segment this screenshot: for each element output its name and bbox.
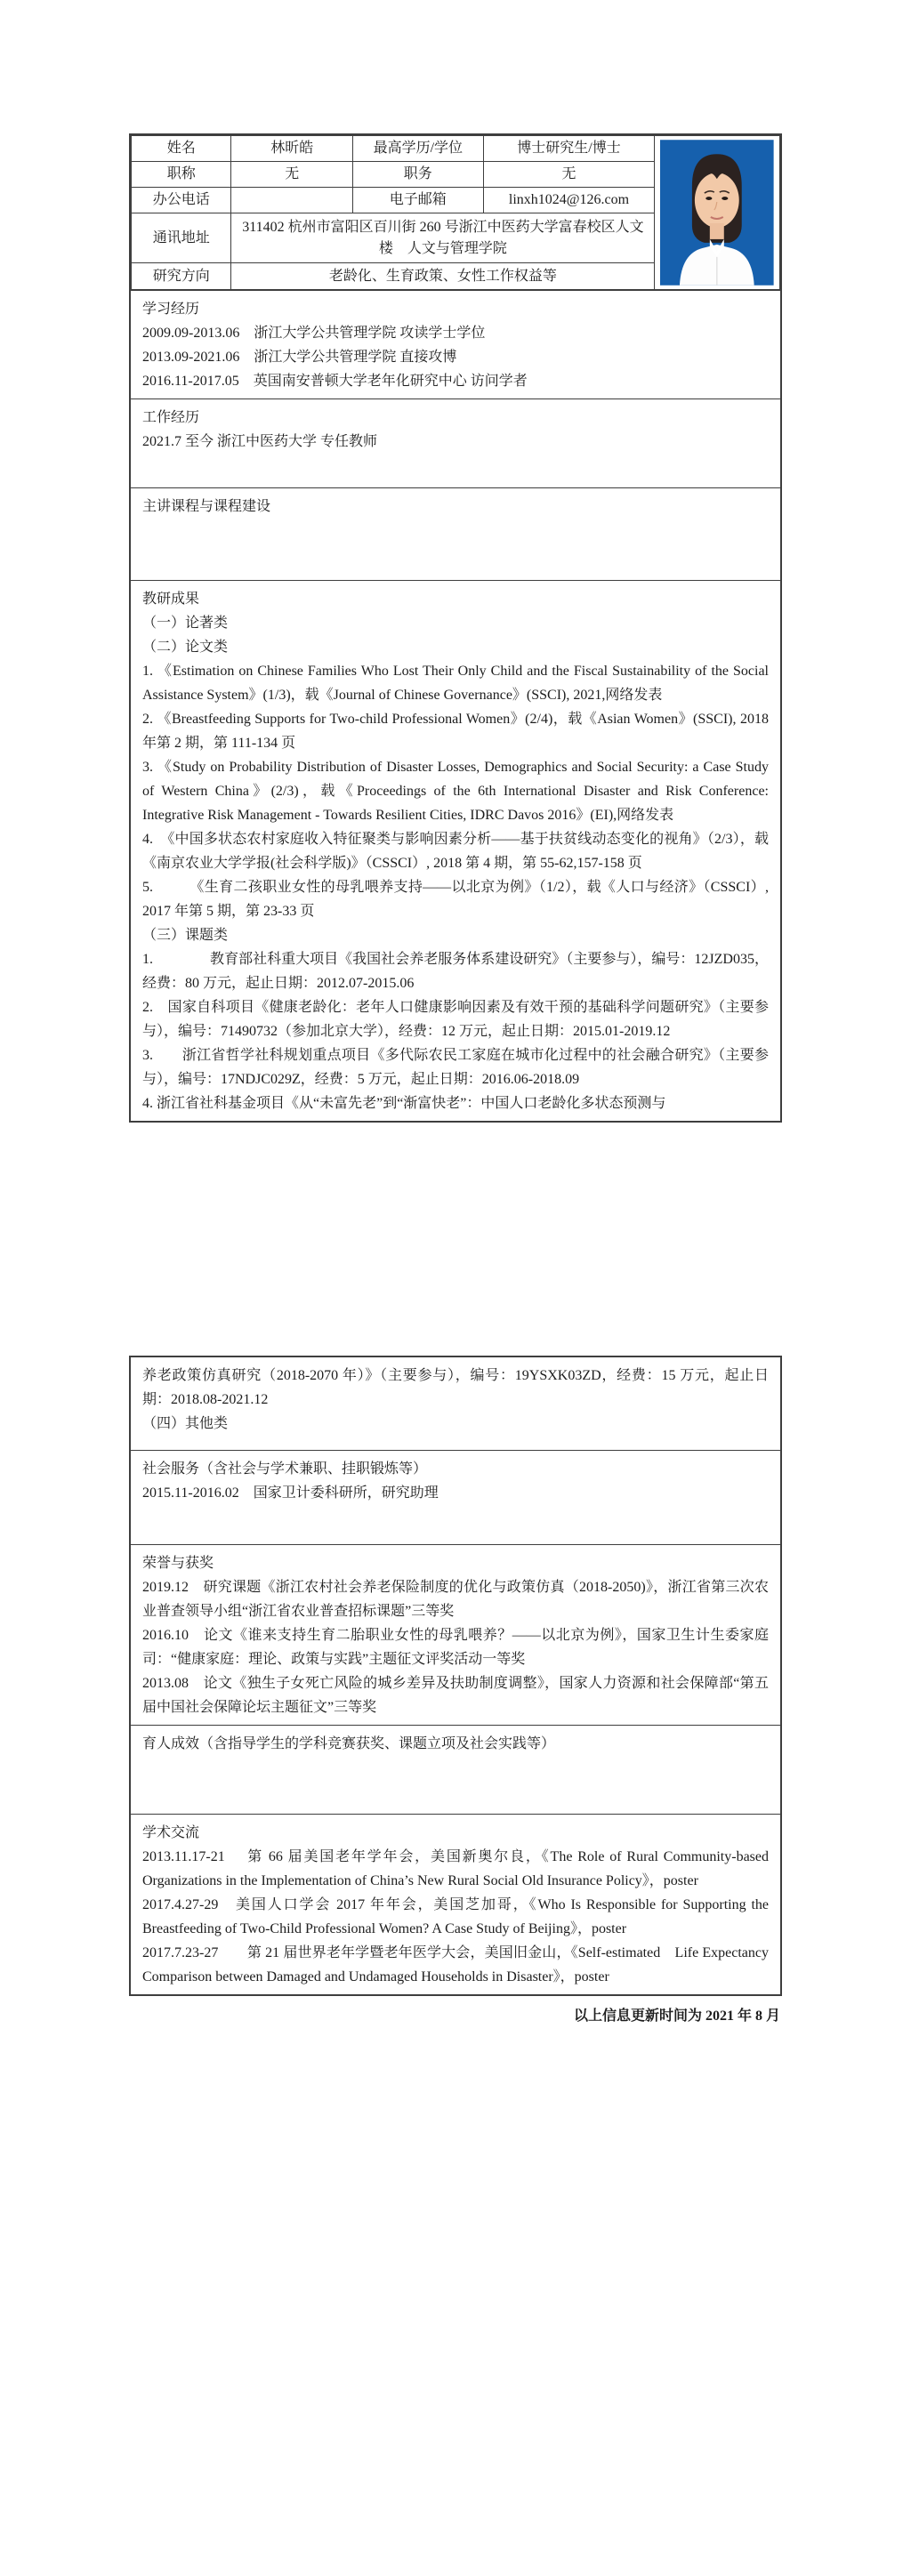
text-line: 3. 浙江省哲学社科规划重点项目《多代际农民工家庭在城市化过程中的社会融合研究》…: [142, 1043, 769, 1091]
section-social-service: 社会服务（含社会与学术兼职、挂职锻炼等） 2015.11-2016.02 国家卫…: [131, 1450, 780, 1544]
name-label: 姓名: [132, 136, 231, 162]
text-line: 2017.7.23-27 第 21 届世界老年学暨老年医学大会，美国旧金山，《S…: [142, 1941, 769, 1989]
text-line: （三）课题类: [142, 923, 769, 947]
research-direction-label: 研究方向: [132, 263, 231, 290]
section-education-title: 学习经历: [142, 297, 769, 321]
text-line: 养老政策仿真研究（2018-2070 年）》（主要参与），编号：19YSXK03…: [142, 1364, 769, 1412]
text-line: 3. 《Study on Probability Distribution of…: [142, 755, 769, 827]
title-label: 职称: [132, 162, 231, 188]
section-courses: 主讲课程与课程建设: [131, 487, 780, 580]
text-line: 2016.11-2017.05 英国南安普顿大学老年化研究中心 访问学者: [142, 369, 769, 393]
degree-label: 最高学历/学位: [353, 136, 484, 162]
page-1-table: 姓名 林昕皓 最高学历/学位 博士研究生/博士: [129, 133, 782, 1123]
section-achievements-title: 教研成果: [142, 587, 769, 611]
text-line: 2. 国家自科项目《健康老龄化：老年人口健康影响因素及有效干预的基础科学问题研究…: [142, 995, 769, 1043]
cv-document: 姓名 林昕皓 最高学历/学位 博士研究生/博士: [129, 0, 782, 2025]
text-line: 2021.7 至今 浙江中医药大学 专任教师: [142, 430, 769, 454]
address-label: 通讯地址: [132, 213, 231, 263]
office-phone-value: [231, 188, 353, 213]
section-social-title: 社会服务（含社会与学术兼职、挂职锻炼等）: [142, 1457, 769, 1481]
text-line: 2. 《Breastfeeding Supports for Two-child…: [142, 707, 769, 755]
page-2-table: 养老政策仿真研究（2018-2070 年）》（主要参与），编号：19YSXK03…: [129, 1356, 782, 1996]
text-line: 1. 教育部社科重大项目《我国社会养老服务体系建设研究》（主要参与），编号：12…: [142, 947, 769, 995]
section-academic-exchange: 学术交流 2013.11.17-21 第 66 届美国老年学年会，美国新奥尔良，…: [131, 1814, 780, 1994]
section-honors-title: 荣誉与获奖: [142, 1551, 769, 1575]
research-direction-value: 老龄化、生育政策、女性工作权益等: [231, 263, 655, 290]
text-line: （四）其他类: [142, 1412, 769, 1436]
text-line: 5. 《生育二孩职业女性的母乳喂养支持——以北京为例》（1/2），载《人口与经济…: [142, 875, 769, 923]
profile-info-table: 姓名 林昕皓 最高学历/学位 博士研究生/博士: [131, 135, 780, 290]
text-line: 1. 《Estimation on Chinese Families Who L…: [142, 659, 769, 707]
text-line: 2015.11-2016.02 国家卫计委科研所，研究助理: [142, 1481, 769, 1505]
text-line: 4. 浙江省社科基金项目《从“未富先老”到“渐富快老”：中国人口老龄化多状态预测…: [142, 1091, 769, 1115]
text-line: 2009.09-2013.06 浙江大学公共管理学院 攻读学士学位: [142, 321, 769, 345]
email-label: 电子邮箱: [353, 188, 484, 213]
email-value: linxh1024@126.com: [483, 188, 655, 213]
section-achievements-continued: 养老政策仿真研究（2018-2070 年）》（主要参与），编号：19YSXK03…: [131, 1357, 780, 1450]
id-photo: [660, 140, 774, 286]
text-line: 4. 《中国多状态农村家庭收入特征聚类与影响因素分析——基于扶贫线动态变化的视角…: [142, 827, 769, 875]
section-work-experience: 工作经历 2021.7 至今 浙江中医药大学 专任教师: [131, 398, 780, 487]
section-mentoring-title: 育人成效（含指导学生的学科竞赛获奖、课题立项及社会实践等）: [142, 1732, 769, 1756]
text-line: 2013.08 论文《独生子女死亡风险的城乡差异及扶助制度调整》，国家人力资源和…: [142, 1671, 769, 1719]
degree-value: 博士研究生/博士: [483, 136, 655, 162]
address-value: 311402 杭州市富阳区百川街 260 号浙江中医药大学富春校区人文楼 人文与…: [231, 213, 655, 263]
text-line: 2016.10 论文《谁来支持生育二胎职业女性的母乳喂养？——以北京为例》，国家…: [142, 1623, 769, 1671]
position-value: 无: [483, 162, 655, 188]
section-education: 学习经历 2009.09-2013.06 浙江大学公共管理学院 攻读学士学位20…: [131, 290, 780, 398]
name-value: 林昕皓: [231, 136, 353, 162]
title-value: 无: [231, 162, 353, 188]
text-line: （一）论著类: [142, 611, 769, 635]
section-mentoring-outcomes: 育人成效（含指导学生的学科竞赛获奖、课题立项及社会实践等）: [131, 1725, 780, 1814]
section-research-achievements: 教研成果 （一）论著类（二）论文类1. 《Estimation on Chine…: [131, 580, 780, 1121]
text-line: 2017.4.27-29 美国人口学会 2017 年年会，美国芝加哥，《Who …: [142, 1893, 769, 1941]
update-note: 以上信息更新时间为 2021 年 8 月: [129, 2004, 782, 2025]
photo-cell: [655, 136, 780, 290]
section-academic-title: 学术交流: [142, 1821, 769, 1845]
text-line: 2013.11.17-21 第 66 届美国老年学年会，美国新奥尔良，《The …: [142, 1845, 769, 1893]
section-work-title: 工作经历: [142, 406, 769, 430]
section-honors-awards: 荣誉与获奖 2019.12 研究课题《浙江农村社会养老保险制度的优化与政策仿真（…: [131, 1544, 780, 1725]
text-line: （二）论文类: [142, 635, 769, 659]
office-phone-label: 办公电话: [132, 188, 231, 213]
page-break-gap: [129, 1123, 782, 1356]
text-line: 2013.09-2021.06 浙江大学公共管理学院 直接攻博: [142, 345, 769, 369]
section-courses-title: 主讲课程与课程建设: [142, 495, 769, 519]
position-label: 职务: [353, 162, 484, 188]
text-line: 2019.12 研究课题《浙江农村社会养老保险制度的优化与政策仿真（2018-2…: [142, 1575, 769, 1623]
